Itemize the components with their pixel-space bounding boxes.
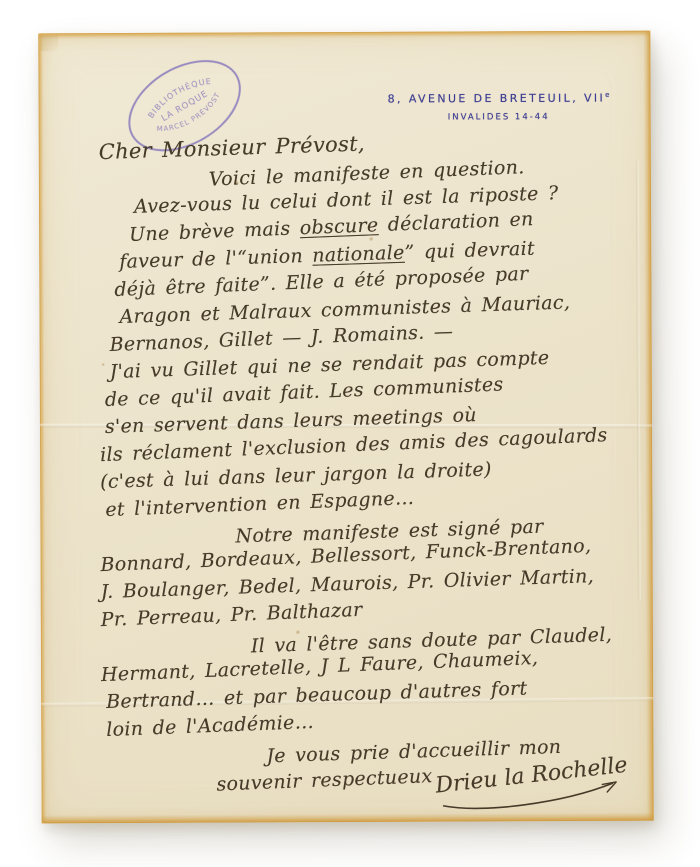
letterhead-arrondissement-sup: e bbox=[605, 91, 609, 99]
letterhead: 8, AVENUE DE BRETEUIL, VIIe INVALIDES 14… bbox=[363, 91, 635, 123]
paper-edge-top bbox=[38, 31, 650, 40]
underlined-word: obscure bbox=[299, 214, 378, 239]
line-segment: ” qui devrait bbox=[404, 238, 535, 264]
letterhead-address-text: 8, AVENUE DE BRETEUIL, VII bbox=[388, 92, 606, 106]
line-segment: Une brève mais bbox=[129, 217, 300, 246]
letter-paper: BIBLIOTHÈQUE LA ROQUE MARCEL PRÉVOST 8, … bbox=[38, 31, 653, 824]
paper-edge-right bbox=[643, 31, 653, 821]
letterhead-address: 8, AVENUE DE BRETEUIL, VIIe bbox=[363, 91, 635, 106]
paper-edge-left bbox=[38, 33, 46, 823]
letterhead-phone: INVALIDES 14-44 bbox=[363, 111, 635, 122]
corner-fold bbox=[40, 35, 58, 51]
line-segment: faveur de l'“union bbox=[119, 245, 313, 273]
line-segment: déclaration en bbox=[378, 208, 534, 236]
paper-edge-bottom bbox=[42, 813, 654, 824]
underlined-word: nationale bbox=[312, 242, 405, 267]
handwritten-letter-body: Cher Monsieur Prévost, Voici le manifest… bbox=[94, 137, 642, 799]
